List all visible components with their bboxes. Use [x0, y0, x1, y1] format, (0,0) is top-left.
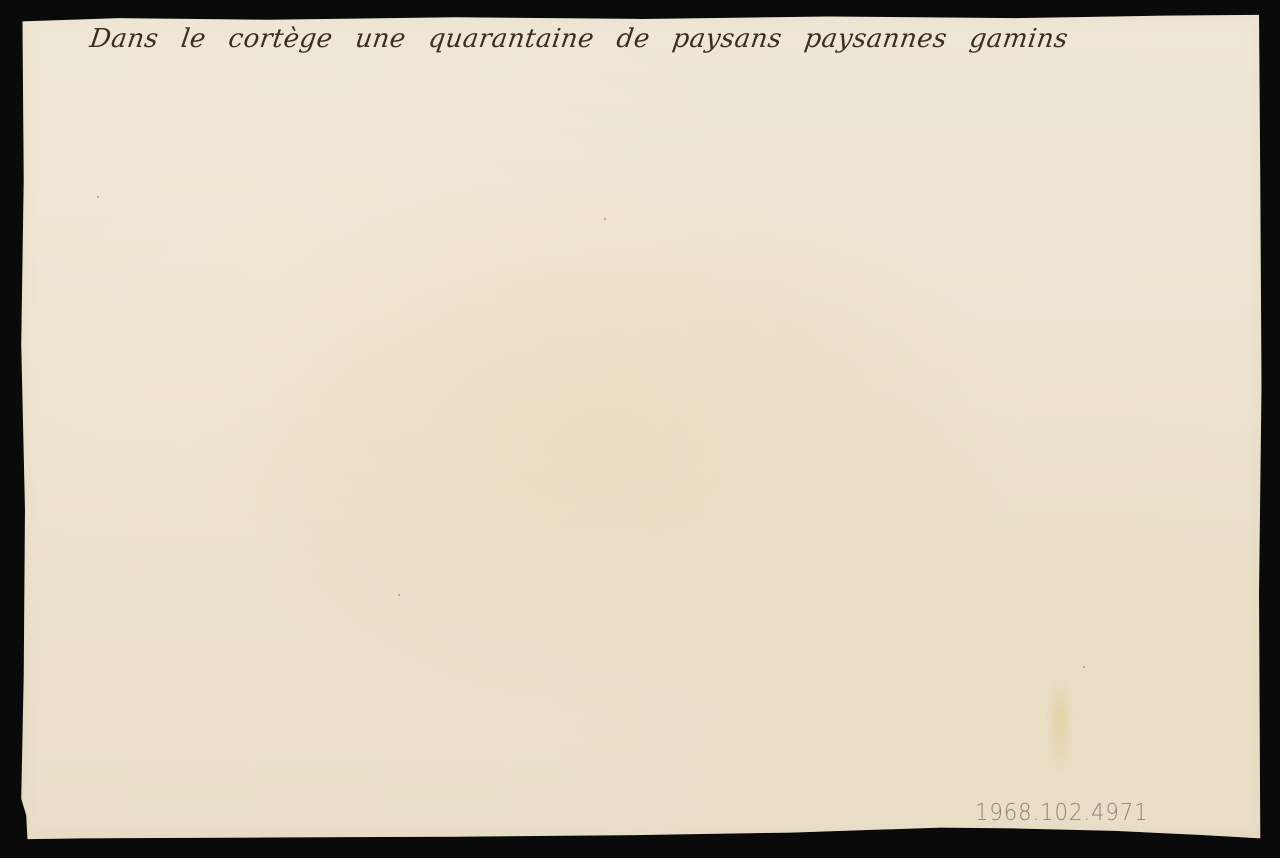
catalog-number: 1968.102.4971	[975, 800, 1149, 826]
paper-speck	[97, 196, 99, 198]
handwritten-note: Dans le cortège une quarantaine de paysa…	[88, 24, 972, 54]
paper-speck	[398, 594, 400, 596]
paper-speck	[1083, 666, 1085, 668]
paper-speck	[604, 218, 606, 220]
scan-background: Dans le cortège une quarantaine de paysa…	[0, 0, 1280, 858]
paper-sheet	[20, 14, 1264, 840]
paper-stain	[1052, 680, 1068, 770]
